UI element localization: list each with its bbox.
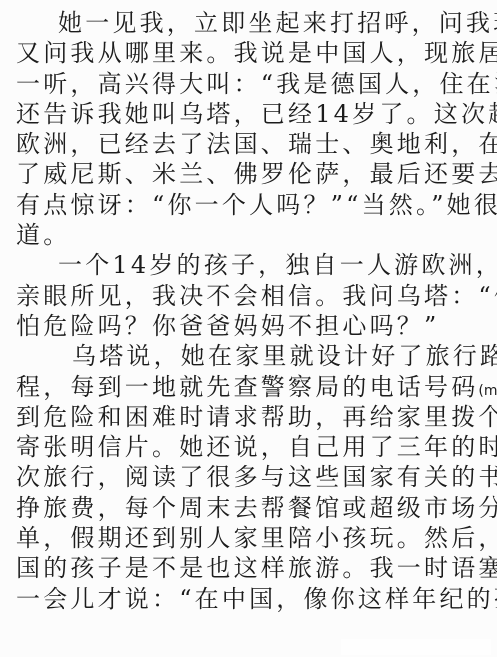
text-line: 她一见我，立即坐起来打招呼，问我玩得怎样， xyxy=(16,8,486,38)
text-line: 还告诉我她叫乌塔，已经14岁了。这次趁暑假游历 xyxy=(16,99,486,129)
document-page: 她一见我，立即坐起来打招呼，问我玩得怎样， 又问我从哪里来。我说是中国人，现旅居… xyxy=(16,8,486,614)
text-line: 又问我从哪里来。我说是中国人，现旅居德国。她 xyxy=(16,38,486,68)
text-line: 寄张明信片。她还说，自己用了三年的时间准备这 xyxy=(16,432,486,462)
text-line: 挣旅费，每个周末去帮餐馆或超级市场分发广告 xyxy=(16,493,486,523)
text-line: 道。 xyxy=(16,220,486,250)
text-segment: 程，每到一地就先查警察局的电话号码 xyxy=(16,373,478,401)
pinyin-annotation: (mǎ) xyxy=(478,383,497,399)
text-line: 一个14岁的孩子，独自一人游欧洲，如果不是 xyxy=(16,250,486,280)
text-line: 到危险和困难时请求帮助，再给家里拨个电话或 xyxy=(16,402,486,432)
text-line: 乌塔说，她在家里就设计好了旅行路线和日 xyxy=(16,341,486,371)
text-segment: 国的孩子是不是也这样旅游。我一时语塞 xyxy=(16,554,497,582)
text-line: 了威尼斯、米兰、佛罗伦萨，最后还要去希腊。我 xyxy=(16,159,486,189)
text-line: 亲眼所见，我决不会相信。我问乌塔：“你一个人不 xyxy=(16,281,486,311)
text-line: 一会儿才说：“在中国，像你这样年纪的孩子大是家 xyxy=(16,584,486,614)
text-line: 单，假期还到别人家里陪小孩玩。然后，她问我，中 xyxy=(16,523,486,553)
text-line: 次旅行，阅读了很多与这些国家有关的书籍；为了 xyxy=(16,462,486,492)
text-line: 怕危险吗？你爸爸妈妈不担心吗？” xyxy=(16,311,486,341)
text-line: 欧洲，已经去了法国、瑞士、奥地利，在意大利去 xyxy=(16,129,486,159)
text-line: 一听，高兴得大叫：“我是德国人，住在汉堡。”她 xyxy=(16,69,486,99)
text-line: 程，每到一地就先查警察局的电话号码(mǎ)，以便遇 xyxy=(16,372,486,402)
text-line: 有点惊讶：“你一个人吗？”“当然。”她很自然地答 xyxy=(16,190,486,220)
watermark-overlay xyxy=(341,639,491,655)
text-line: 国的孩子是不是也这样旅游。我一时语塞(sè)，想了 xyxy=(16,553,486,583)
